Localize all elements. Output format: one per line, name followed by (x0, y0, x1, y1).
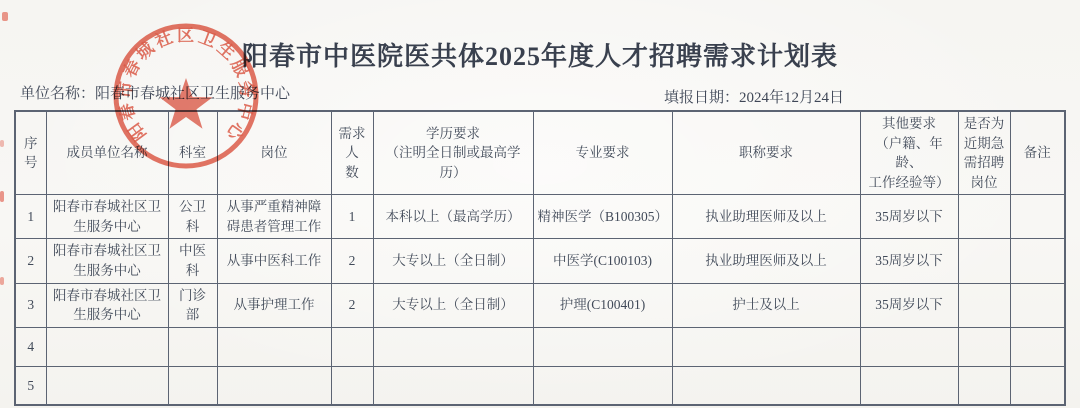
scan-artifact-mark (0, 140, 4, 147)
cell-department (168, 366, 217, 405)
cell-position: 从事严重精神障 碍患者管理工作 (217, 195, 331, 239)
cell-title_req: 执业助理医师及以上 (672, 195, 860, 239)
cell-education: 大专以上（全日制） (373, 239, 533, 283)
recruitment-table-wrap: 序号成员单位名称科室岗位需求人 数学历要求 （注明全日制或最高学 历）专业要求职… (14, 110, 1064, 406)
cell-major: 精神医学（B100305） (533, 195, 672, 239)
column-header-index: 序号 (15, 111, 46, 195)
cell-index: 3 (15, 283, 46, 327)
cell-title_req (672, 366, 860, 405)
scanned-document-page: 阳春市中医院医共体2025年度人才招聘需求计划表 单位名称：阳春市春城社区卫生服… (0, 0, 1080, 408)
cell-remark (1010, 195, 1065, 239)
column-header-department: 科室 (168, 111, 217, 195)
column-header-other: 其他要求 （户籍、年龄、 工作经验等） (860, 111, 958, 195)
report-date-label: 填报日期： (664, 90, 739, 106)
cell-department (168, 327, 217, 366)
cell-index: 2 (15, 239, 46, 283)
column-header-urgent: 是否为 近期急 需招聘 岗位 (958, 111, 1010, 195)
table-body: 1阳春市春城社区卫 生服务中心公卫科从事严重精神障 碍患者管理工作1本科以上（最… (15, 195, 1065, 405)
cell-urgent (958, 283, 1010, 327)
cell-index: 5 (15, 366, 46, 405)
table-row: 4 (15, 327, 1065, 366)
cell-position (217, 366, 331, 405)
cell-unit (46, 327, 168, 366)
cell-position (217, 327, 331, 366)
table-row: 1阳春市春城社区卫 生服务中心公卫科从事严重精神障 碍患者管理工作1本科以上（最… (15, 195, 1065, 239)
cell-other: 35周岁以下 (860, 239, 958, 283)
cell-remark (1010, 283, 1065, 327)
document-title: 阳春市中医院医共体2025年度人才招聘需求计划表 (0, 36, 1080, 73)
scan-artifact-mark (2, 12, 8, 21)
cell-unit: 阳春市春城社区卫 生服务中心 (46, 195, 168, 239)
unit-name-value: 阳春市春城社区卫生服务中心 (95, 86, 290, 102)
cell-headcount (331, 366, 373, 405)
column-header-headcount: 需求人 数 (331, 111, 373, 195)
unit-name-line: 单位名称：阳春市春城社区卫生服务中心 (20, 82, 290, 103)
cell-other: 35周岁以下 (860, 195, 958, 239)
cell-urgent (958, 366, 1010, 405)
cell-headcount (331, 327, 373, 366)
cell-education: 大专以上（全日制） (373, 283, 533, 327)
cell-major (533, 327, 672, 366)
cell-other: 35周岁以下 (860, 283, 958, 327)
table-header: 序号成员单位名称科室岗位需求人 数学历要求 （注明全日制或最高学 历）专业要求职… (15, 111, 1065, 195)
cell-other (860, 366, 958, 405)
unit-name-label: 单位名称： (20, 86, 95, 102)
cell-unit (46, 366, 168, 405)
cell-position: 从事中医科工作 (217, 239, 331, 283)
cell-other (860, 327, 958, 366)
cell-remark (1010, 327, 1065, 366)
report-date-line: 填报日期：2024年12月24日 (664, 86, 844, 107)
column-header-position: 岗位 (217, 111, 331, 195)
table-row: 2阳春市春城社区卫 生服务中心中医科从事中医科工作2大专以上（全日制）中医学(C… (15, 239, 1065, 283)
report-date-value: 2024年12月24日 (739, 90, 844, 106)
cell-remark (1010, 239, 1065, 283)
cell-remark (1010, 366, 1065, 405)
cell-index: 1 (15, 195, 46, 239)
cell-major: 中医学(C100103) (533, 239, 672, 283)
cell-position: 从事护理工作 (217, 283, 331, 327)
cell-department: 中医科 (168, 239, 217, 283)
cell-urgent (958, 239, 1010, 283)
cell-unit: 阳春市春城社区卫 生服务中心 (46, 283, 168, 327)
column-header-unit: 成员单位名称 (46, 111, 168, 195)
column-header-major: 专业要求 (533, 111, 672, 195)
cell-headcount: 2 (331, 283, 373, 327)
cell-index: 4 (15, 327, 46, 366)
cell-education (373, 327, 533, 366)
cell-urgent (958, 327, 1010, 366)
scan-artifact-mark (0, 277, 4, 285)
table-row: 3阳春市春城社区卫 生服务中心门诊部从事护理工作2大专以上（全日制）护理(C10… (15, 283, 1065, 327)
cell-major: 护理(C100401) (533, 283, 672, 327)
column-header-title_req: 职称要求 (672, 111, 860, 195)
table-header-row: 序号成员单位名称科室岗位需求人 数学历要求 （注明全日制或最高学 历）专业要求职… (15, 111, 1065, 195)
cell-department: 公卫科 (168, 195, 217, 239)
cell-headcount: 2 (331, 239, 373, 283)
cell-education: 本科以上（最高学历） (373, 195, 533, 239)
cell-title_req (672, 327, 860, 366)
cell-unit: 阳春市春城社区卫 生服务中心 (46, 239, 168, 283)
cell-title_req: 执业助理医师及以上 (672, 239, 860, 283)
cell-title_req: 护士及以上 (672, 283, 860, 327)
cell-department: 门诊部 (168, 283, 217, 327)
table-row: 5 (15, 366, 1065, 405)
recruitment-table: 序号成员单位名称科室岗位需求人 数学历要求 （注明全日制或最高学 历）专业要求职… (14, 110, 1066, 406)
cell-urgent (958, 195, 1010, 239)
column-header-remark: 备注 (1010, 111, 1065, 195)
cell-major (533, 366, 672, 405)
cell-education (373, 366, 533, 405)
column-header-education: 学历要求 （注明全日制或最高学 历） (373, 111, 533, 195)
scan-artifact-mark (0, 191, 4, 202)
cell-headcount: 1 (331, 195, 373, 239)
